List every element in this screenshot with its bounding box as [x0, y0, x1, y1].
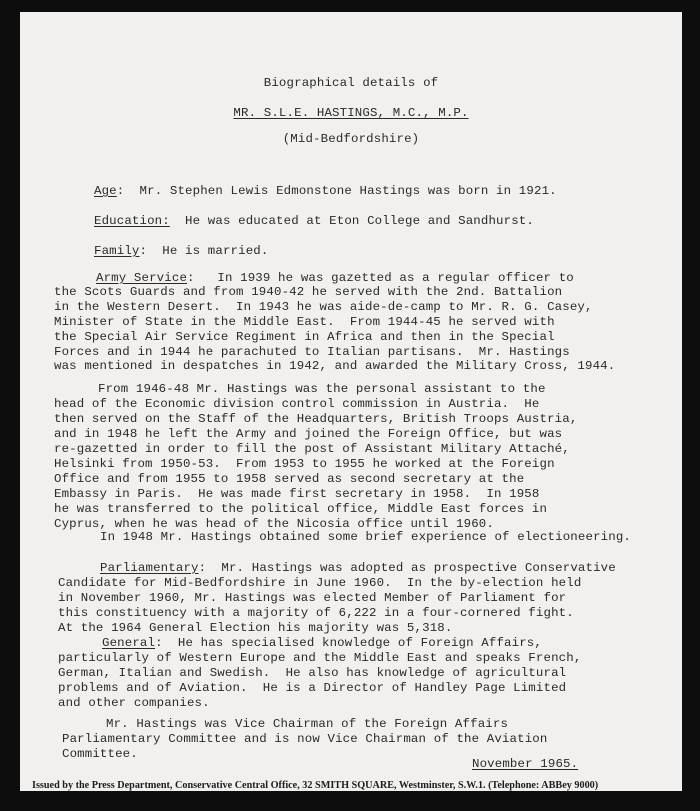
education-line: Education: He was educated at Eton Colle…: [94, 214, 534, 228]
parliamentary-label: Parliamentary: [100, 561, 199, 575]
family-line: Family: He is married.: [94, 244, 268, 258]
army-service-label: Army Service: [96, 271, 187, 285]
family-label: Family: [94, 244, 140, 258]
electioneering-paragraph: In 1948 Mr. Hastings obtained some brief…: [100, 530, 631, 544]
age-text: Mr. Stephen Lewis Edmonstone Hastings wa…: [140, 184, 557, 198]
document-title: Biographical details of: [20, 76, 682, 90]
family-text: He is married.: [162, 244, 268, 258]
education-label: Education:: [94, 214, 170, 228]
education-text: He was educated at Eton College and Sand…: [185, 214, 534, 228]
issuer-footer: Issued by the Press Department, Conserva…: [32, 780, 598, 791]
subject-name: MR. S.L.E. HASTINGS, M.C., M.P.: [233, 106, 468, 120]
document-page: Biographical details of MR. S.L.E. HASTI…: [20, 12, 682, 791]
age-label: Age: [94, 184, 117, 198]
document-date: November 1965.: [472, 757, 578, 771]
age-line: Age: Mr. Stephen Lewis Edmonstone Hastin…: [94, 184, 557, 198]
general-label: General: [102, 636, 155, 650]
constituency: (Mid-Bedfordshire): [20, 132, 682, 146]
